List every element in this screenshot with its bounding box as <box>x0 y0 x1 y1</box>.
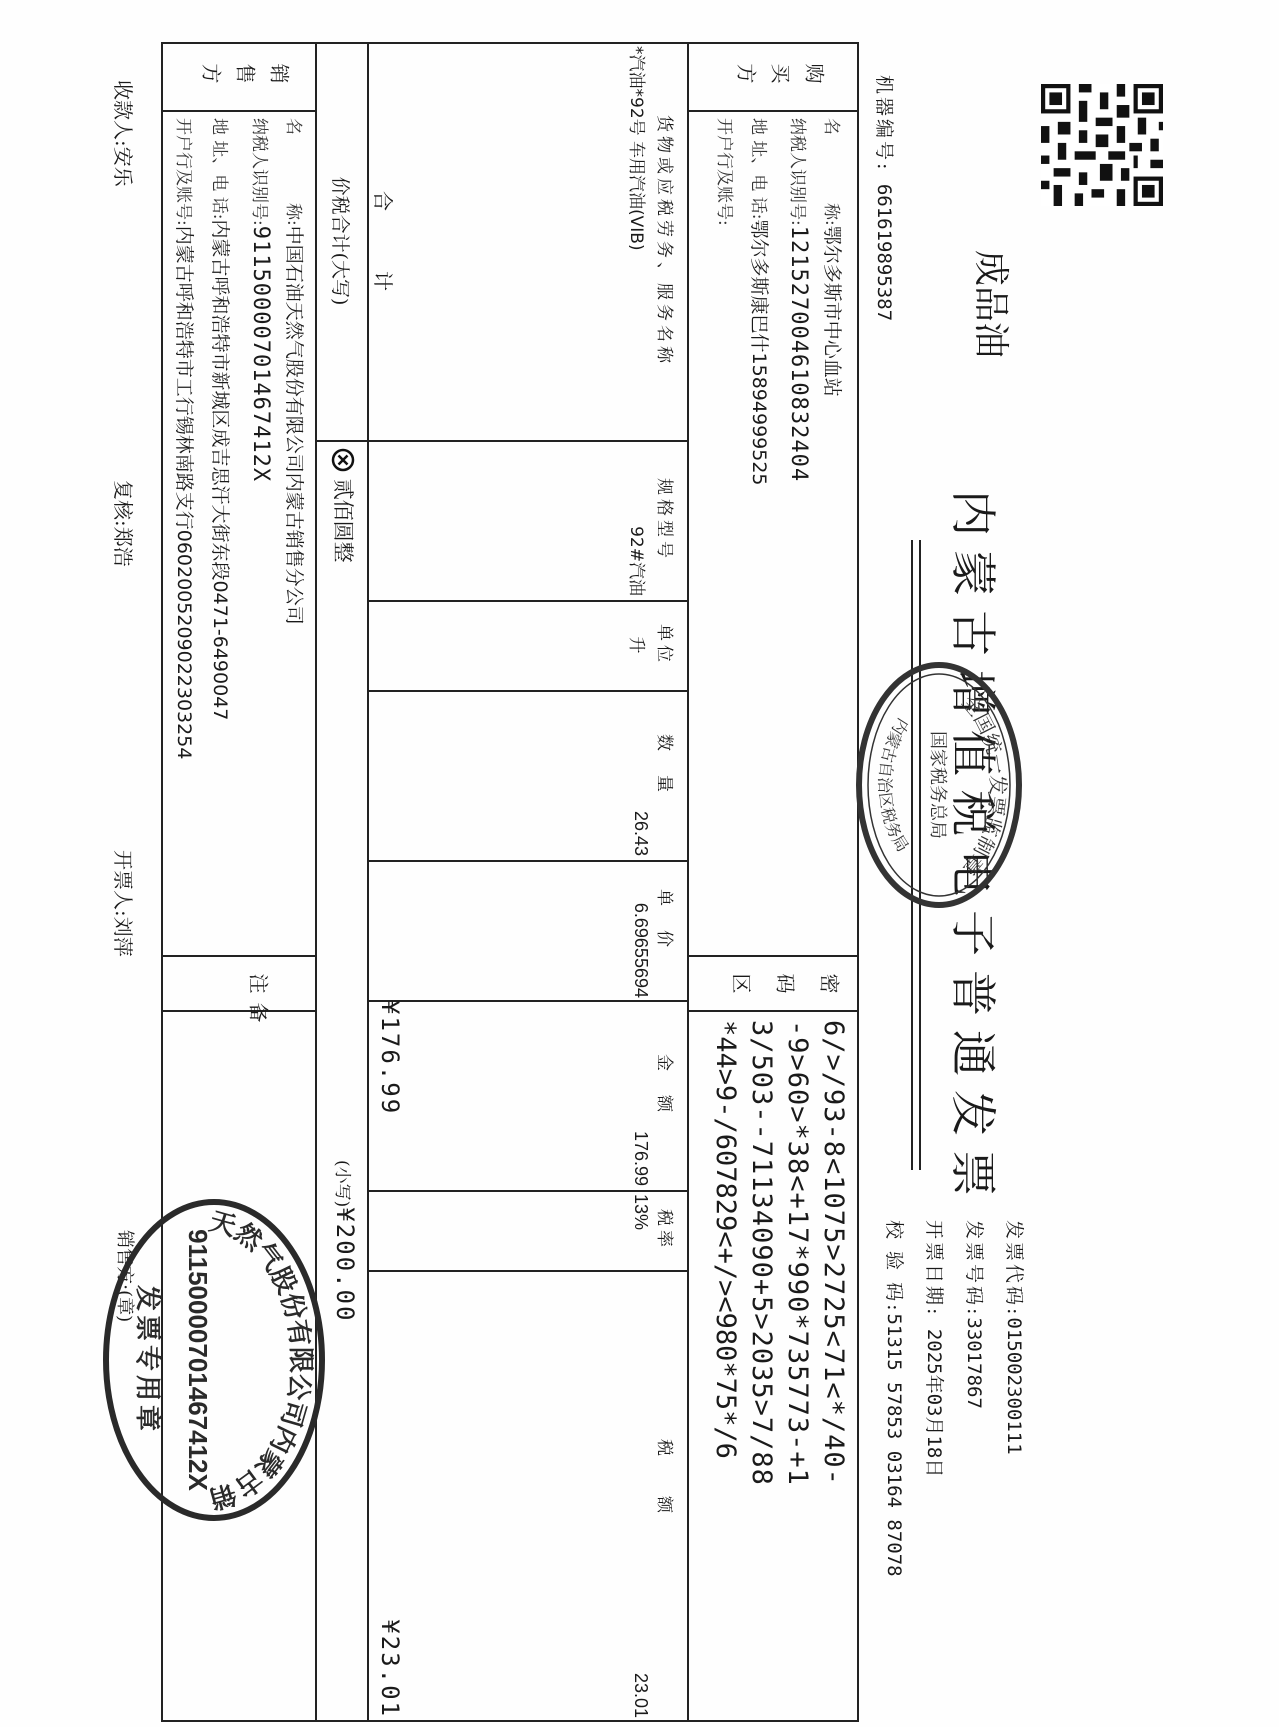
cipher-left-line <box>689 955 859 957</box>
qr-code-icon <box>1041 84 1163 206</box>
payee: 收款人:安乐 <box>110 80 139 187</box>
col-header-price: 单价 <box>654 860 679 1000</box>
buyer-tax-id: 纳税人识别号:121527004610832404 <box>786 118 812 482</box>
col-header-rate: 税率 <box>654 1190 679 1270</box>
invoice-document: 机器编号: 661619895387 成品油 内蒙古增值税电子普通发票 发票代码… <box>0 0 1279 1727</box>
item-name: *汽油*92号 车用汽油(VIB) <box>626 46 651 251</box>
seller-tax-id: 纳税人识别号:91150000701467412X <box>248 118 274 482</box>
machine-number: 机器编号: 661619895387 <box>872 75 899 321</box>
col-divider-spec <box>369 440 689 442</box>
cipher-line-4: *44>9-/607829<+/><980*75*/6 <box>710 1020 741 1459</box>
invoice-number: 发票号码:33017867 <box>962 1220 989 1409</box>
seller-bank: 开户行及账号:内蒙古呼和浩特市工行锡林南路支行06020052090223032… <box>172 118 199 759</box>
buyer-bottom-line <box>687 42 689 1722</box>
svg-text:内蒙古自治区税务局: 内蒙古自治区税务局 <box>876 715 913 855</box>
grand-total-lower: (小写)¥200.00 <box>331 1160 359 1322</box>
buyer-address: 地 址、电 话:鄂尔多斯康巴什15894999525 <box>747 118 774 486</box>
tax-bureau-stamp: 全国统一发票监制章 国家税务总局 内蒙古自治区税务局 <box>854 660 1024 910</box>
svg-text:发票专用章: 发票专用章 <box>132 1285 163 1435</box>
item-quantity: 26.43 <box>630 690 651 856</box>
col-divider-rate <box>369 1190 689 1192</box>
seller-address: 地 址、电 话:内蒙古呼和浩特市新城区成吉思汗大街东段0471-6490047 <box>208 118 235 720</box>
item-unit-price: 6.69655694 <box>630 860 651 998</box>
item-tax-rate: 13% <box>630 1194 651 1268</box>
remarks-side-label: 备注 <box>184 968 294 1026</box>
cipher-line-3: 3/503--71134090+5>2035>7/88 <box>746 1020 777 1486</box>
cipher-line-1: 6/>/93-8<1075>2725<71<*/40- <box>818 1020 849 1486</box>
col-header-spec: 规格型号 <box>654 440 679 600</box>
grand-total-upper: 贰佰圆整 <box>329 448 359 563</box>
col-header-amount: 金额 <box>654 1000 679 1190</box>
item-spec: 92#汽油 <box>626 444 651 596</box>
grand-total-top-line <box>367 42 369 1722</box>
svg-text:全国统一发票监制章: 全国统一发票监制章 <box>957 690 1010 880</box>
buyer-side-label: 购买方 <box>709 58 839 87</box>
svg-text:91150000701467412X: 91150000701467412X <box>183 1229 213 1491</box>
grand-total-label: 价税合计(大写) <box>328 42 355 440</box>
cipher-side-label: 密码区 <box>699 968 849 997</box>
buyer-label-divider <box>689 110 859 112</box>
issuer: 开票人:刘萍 <box>110 850 139 957</box>
cipher-line-2: -9>60>*38<+17*990*735773-+1 <box>782 1020 813 1486</box>
total-amount: ¥176.99 <box>376 1000 404 1190</box>
invoice-subtitle: 成品油 <box>968 250 1019 358</box>
grand-total-divider <box>317 440 369 442</box>
svg-text:中国石油天然气股份有限公司内蒙古销售分公司: 中国石油天然气股份有限公司内蒙古销售分公司 <box>206 1195 329 1513</box>
issue-date: 开票日期: 2025年03月18日 <box>922 1220 949 1477</box>
total-label: 合 计 <box>370 42 399 440</box>
svg-text:国家税务总局: 国家税务总局 <box>927 731 948 839</box>
item-unit: 升 <box>626 600 651 690</box>
buyer-name: 名 称:鄂尔多斯市中心血站 <box>820 118 847 397</box>
seller-invoice-seal: 中国石油天然气股份有限公司内蒙古销售分公司 91150000701467412X… <box>99 1195 329 1525</box>
col-header-tax: 税额 <box>654 1270 679 1722</box>
reviewer: 复核:郑浩 <box>110 480 139 567</box>
total-tax: ¥23.01 <box>376 1270 404 1718</box>
col-header-unit: 单位 <box>654 600 679 690</box>
col-header-qty: 数量 <box>654 690 679 860</box>
item-amount: 176.99 <box>630 1000 651 1186</box>
invoice-code: 发票代码:015002300111 <box>1002 1220 1029 1455</box>
remarks-left-line <box>161 955 317 957</box>
buyer-bank: 开户行及账号: <box>714 118 739 226</box>
seller-name: 名 称:中国石油天然气股份有限公司内蒙古销售分公司 <box>282 118 309 625</box>
item-tax: 23.01 <box>630 1270 651 1718</box>
seller-label-divider <box>161 110 317 112</box>
col-header-name: 货物或应税劳务、服务名称 <box>654 42 679 440</box>
check-code: 校 验 码:51315 57853 03164 87078 <box>882 1220 909 1577</box>
seller-side-label: 销售方 <box>174 58 304 87</box>
cipher-label-divider <box>689 1010 859 1012</box>
circled-x-icon <box>331 448 355 472</box>
